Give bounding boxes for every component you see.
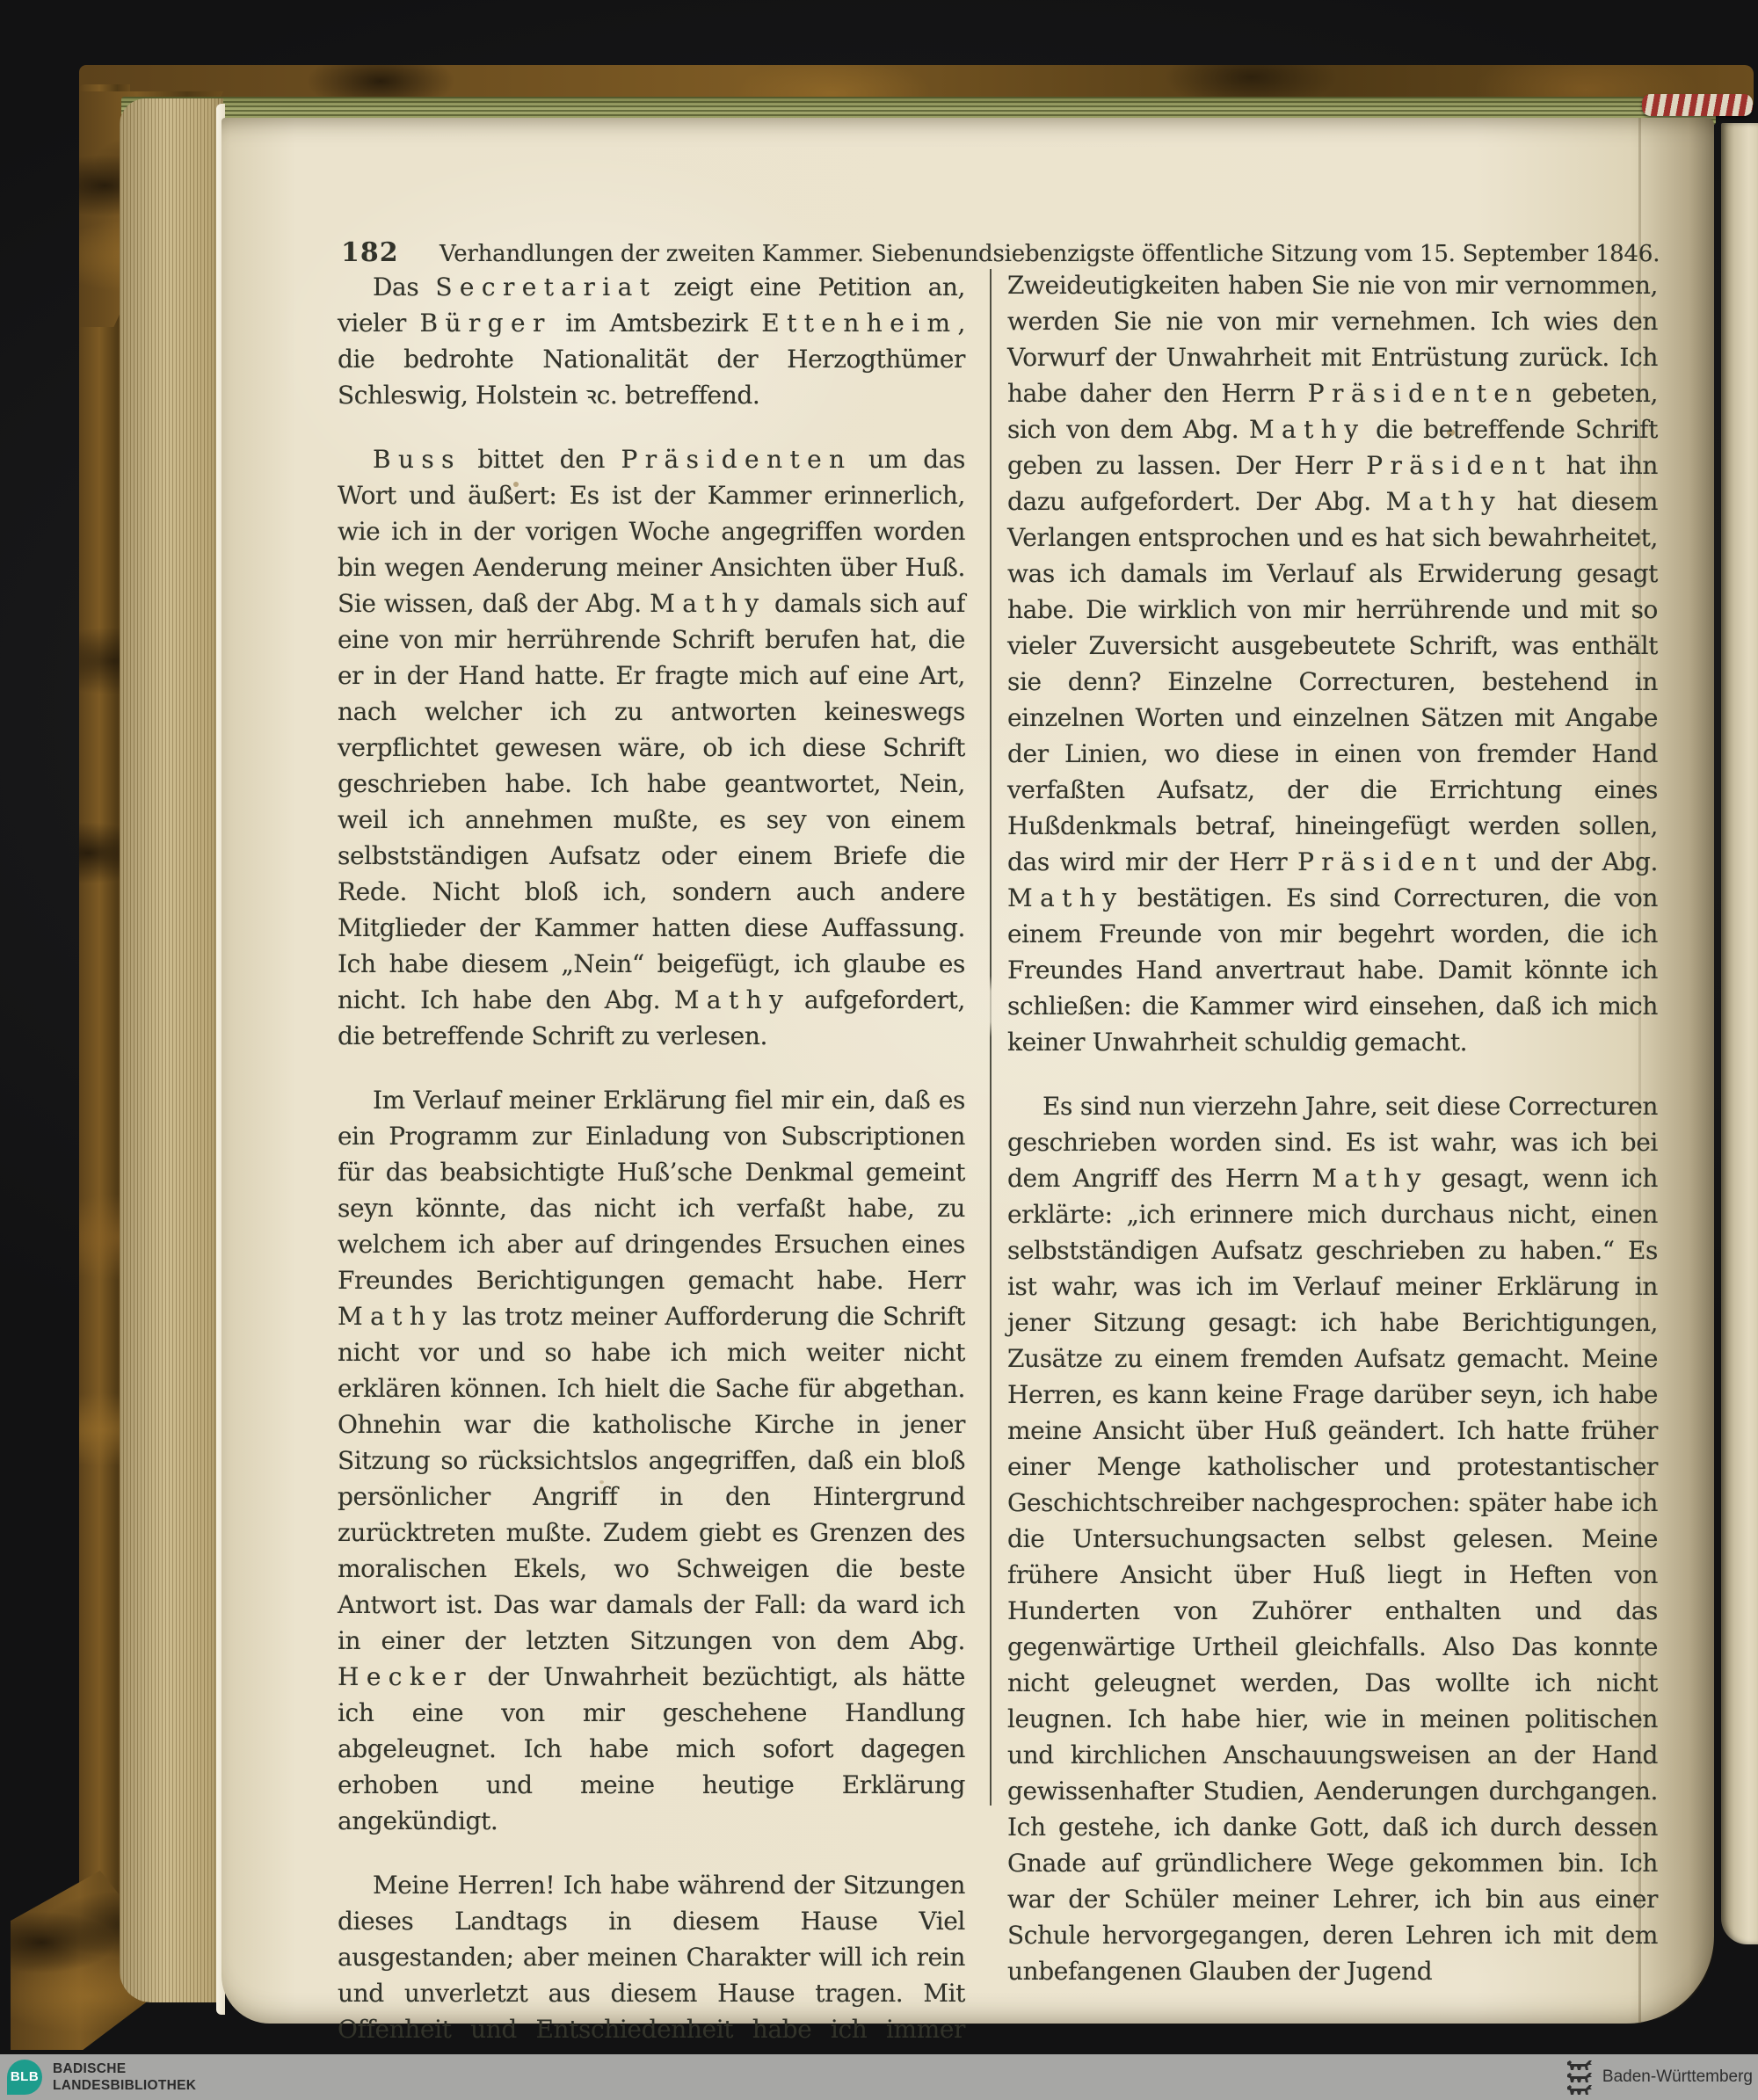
emphasized-name: Mathy (650, 589, 766, 618)
text-column-right: Zweideutigkeiten haben Sie nie von mir v… (1007, 267, 1658, 1959)
text-run: gesagt, wenn ich erklärte: „ich erinnere… (1007, 1164, 1658, 1986)
text-run: Im Verlauf meiner Erklärung fiel mir ein… (338, 1086, 965, 1295)
library-name: BADISCHE LANDESBIBLIOTHEK (53, 2060, 196, 2094)
endband (1642, 94, 1753, 116)
emphasized-name: Bürger (419, 309, 551, 338)
text-run: und der Abg. (1484, 847, 1658, 876)
emphasized-name: Hecker (338, 1662, 473, 1691)
text-run: las trotz meiner Aufforderung die Schrif… (338, 1302, 965, 1655)
page-block-fore-edge (120, 98, 223, 2002)
text-run: im Amtsbezirk (552, 309, 761, 338)
paragraph: Meine Herren! Ich habe während der Sitzu… (338, 1867, 965, 2083)
facing-page-edge (1721, 123, 1758, 1944)
emphasized-name: Mathy (1386, 487, 1502, 516)
paragraph: Das Secretariat zeigt eine Petition an, … (338, 269, 965, 413)
scanned-page: 182 Verhandlungen der zweiten Kammer. Si… (222, 118, 1714, 2024)
three-lions-icon (1564, 2060, 1595, 2096)
emphasized-name: Mathy (674, 985, 790, 1014)
text-run: Das (373, 272, 435, 302)
paragraph: Zweideutigkeiten haben Sie nie von mir v… (1007, 267, 1658, 1060)
paragraph: Im Verlauf meiner Erklärung fiel mir ein… (338, 1082, 965, 1839)
text-run: hat diesem Verlangen entsprochen und es … (1007, 487, 1658, 876)
library-name-line2: LANDESBIBLIOTHEK (53, 2077, 196, 2094)
text-run: damals sich auf eine von mir herrührende… (338, 589, 965, 1014)
scan-viewer-canvas: 182 Verhandlungen der zweiten Kammer. Si… (0, 0, 1758, 2100)
emphasized-name: Präsidenten (1308, 379, 1539, 408)
state-branding: Baden-Württemberg (1564, 2054, 1753, 2100)
page-number: 182 (341, 237, 399, 268)
text-run: Meine Herren! Ich habe während der Sitzu… (338, 1871, 965, 2080)
footer-bar: BLB BADISCHE LANDESBIBLIOTHEK Baden-Würt… (0, 2054, 1758, 2100)
emphasized-name: Mathy (1249, 415, 1365, 444)
emphasized-name: Präsident (1366, 451, 1552, 480)
emphasized-name: Secretariat (435, 272, 657, 302)
text-run: bittet den (461, 445, 621, 474)
emphasized-name: Mathy (338, 1302, 454, 1331)
lion-icon (1564, 2072, 1595, 2083)
state-name: Baden-Württemberg (1602, 2067, 1753, 2087)
emphasized-name: Mathy (1007, 883, 1123, 912)
running-header: Verhandlungen der zweiten Kammer. Sieben… (439, 241, 1660, 267)
blb-logo-icon: BLB (7, 2060, 42, 2095)
lion-icon (1564, 2060, 1595, 2071)
library-name-line1: BADISCHE (53, 2060, 196, 2077)
paragraph: Es sind nun vierzehn Jahre, seit diese C… (1007, 1088, 1658, 1989)
text-column-left: Das Secretariat zeigt eine Petition an, … (338, 269, 965, 1948)
emphasized-name: Präsident (1297, 847, 1484, 876)
column-divider-rule (990, 269, 992, 1806)
emphasized-name: Mathy (1311, 1164, 1427, 1193)
emphasized-name: Buss (373, 445, 461, 474)
emphasized-name: Ettenheim (761, 309, 957, 338)
paragraph: Buss bittet den Präsidenten um das Wort … (338, 441, 965, 1054)
emphasized-name: Präsidenten (621, 445, 852, 474)
lion-icon (1564, 2084, 1595, 2096)
